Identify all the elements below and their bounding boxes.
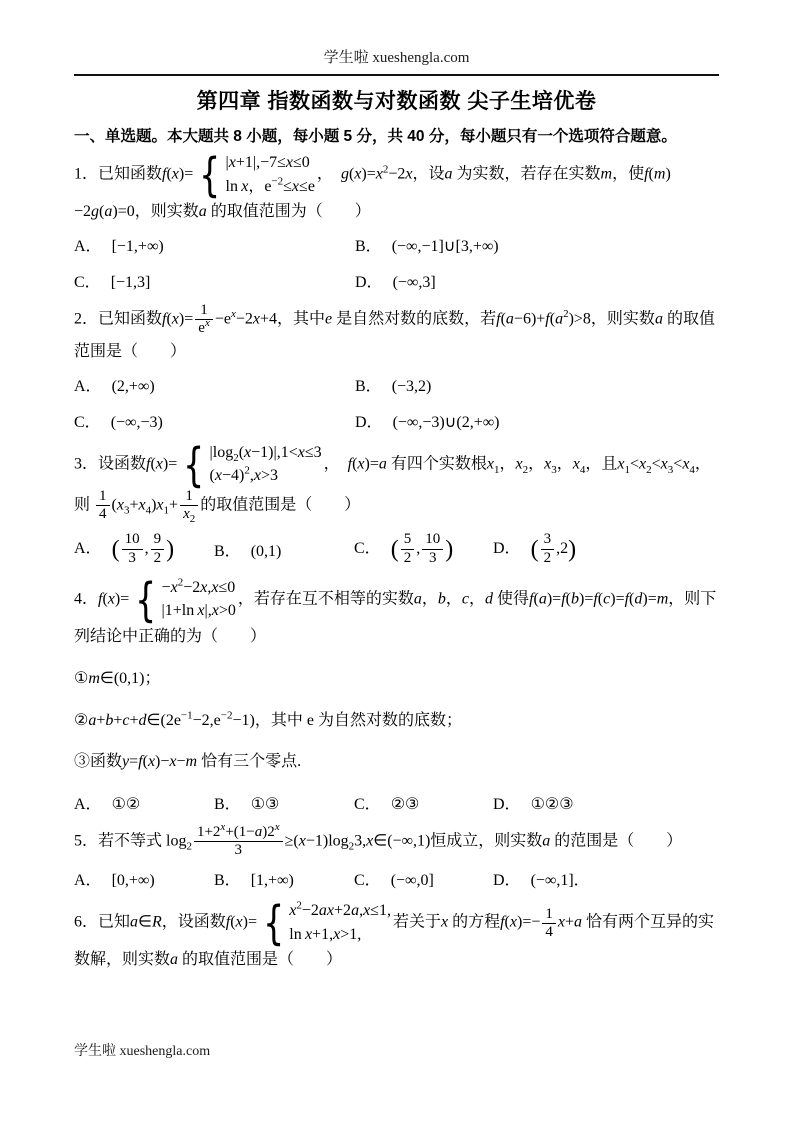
- option-label: C．: [74, 414, 101, 431]
- question-3-body: 3．设函数f(x)={|log2(x−1)|,1<x≤3(x−4)2,x>3， …: [74, 442, 719, 524]
- option-label: A．: [74, 540, 102, 557]
- option-label: B．: [214, 796, 241, 813]
- option-label: D．: [493, 796, 521, 813]
- question-4-option-d: D．①②③: [493, 791, 719, 814]
- question-2: 2．已知函数f(x)=1ex−ex−2x+4，其中e 是自然对数的底数，若f(a…: [74, 302, 719, 432]
- question-4-body: 4．f(x)={−x2−2x,x≤0|1+ln x|,x>0，若存在互不相等的实…: [74, 577, 719, 650]
- question-5-option-a: A．[0,+∞): [74, 867, 214, 890]
- question-5-option-d: D．(−∞,1]．: [493, 867, 719, 890]
- question-3-option-a: A．(103,92): [74, 531, 214, 567]
- option-value: (0,1): [251, 543, 282, 560]
- footer-site-name: 学生啦 xueshengla.com: [74, 1040, 210, 1060]
- option-value: ②③: [391, 796, 420, 813]
- question-1-option-b: B．(−∞,−1]∪[3,+∞): [355, 233, 719, 256]
- option-value: ①③: [251, 796, 280, 813]
- question-2-option-a: A．(2,+∞): [74, 373, 355, 396]
- option-value: (−∞,−3)∪(2,+∞): [393, 414, 500, 431]
- question-2-option-d: D．(−∞,−3)∪(2,+∞): [355, 409, 719, 432]
- option-value: [−1,+∞): [112, 238, 164, 255]
- option-label: A．: [74, 872, 102, 889]
- page-title: 第四章 指数函数与对数函数 尖子生培优卷: [74, 85, 719, 115]
- option-value: (−3,2): [392, 378, 432, 395]
- option-value: [1,+∞): [251, 872, 294, 889]
- option-label: B．: [214, 872, 241, 889]
- question-4-option-b: B．①③: [214, 791, 354, 814]
- question-5-option-b: B．[1,+∞): [214, 867, 354, 890]
- option-label: D．: [493, 540, 521, 557]
- question-1: 1．已知函数f(x)={|x+1|,−7≤x≤0ln x，e−2≤x≤e， g(…: [74, 152, 719, 292]
- document-page: 学生啦 xueshengla.com 第四章 指数函数与对数函数 尖子生培优卷 …: [0, 0, 793, 974]
- option-label: A．: [74, 238, 102, 255]
- option-label: B．: [355, 378, 382, 395]
- question-1-option-d: D．(−∞,3]: [355, 269, 719, 292]
- question-5-body: 5．若不等式 log21+2x+(1−a)2x3≥(x−1)log23,x∈(−…: [74, 824, 719, 860]
- option-value: (−∞,−1]∪[3,+∞): [392, 238, 499, 255]
- section-heading: 一、单选题。本大题共 8 小题，每小题 5 分，共 40 分，每小题只有一个选项…: [74, 124, 719, 146]
- option-value: [−1,3]: [111, 274, 151, 291]
- option-value: [0,+∞): [112, 872, 155, 889]
- statement-1: ①m∈(0,1)；: [74, 666, 719, 692]
- question-1-option-c: C．[−1,3]: [74, 269, 355, 292]
- header-site-name: 学生啦 xueshengla.com: [74, 46, 719, 76]
- question-4-option-a: A．①②: [74, 791, 214, 814]
- option-label: B．: [355, 238, 382, 255]
- option-value: (103,92): [112, 540, 175, 557]
- option-value: (32,2): [531, 540, 577, 557]
- question-3: 3．设函数f(x)={|log2(x−1)|,1<x≤3(x−4)2,x>3， …: [74, 442, 719, 567]
- option-label: C．: [354, 796, 381, 813]
- question-4-option-c: C．②③: [354, 791, 493, 814]
- option-value: (−∞,3]: [393, 274, 436, 291]
- option-value: ①②③: [531, 796, 574, 813]
- question-4-statements: ①m∈(0,1)； ②a+b+c+d∈(2e−1−2,e−2−1)，其中 e 为…: [74, 666, 719, 775]
- option-value: ①②: [112, 796, 141, 813]
- question-6-body: 6．已知a∈R，设函数f(x)={x2−2ax+2a,x≤1,ln x+1,x>…: [74, 900, 719, 973]
- question-2-body: 2．已知函数f(x)=1ex−ex−2x+4，其中e 是自然对数的底数，若f(a…: [74, 302, 719, 365]
- question-1-option-a: A．[−1,+∞): [74, 233, 355, 256]
- option-label: D．: [355, 274, 383, 291]
- question-3-option-c: C．(52,103): [354, 531, 493, 567]
- question-2-option-c: C．(−∞,−3): [74, 409, 355, 432]
- question-3-options: A．(103,92) B．(0,1) C．(52,103) D．(32,2): [74, 531, 719, 567]
- question-4: 4．f(x)={−x2−2x,x≤0|1+ln x|,x>0，若存在互不相等的实…: [74, 577, 719, 814]
- question-2-options: A．(2,+∞) B．(−3,2) C．(−∞,−3) D．(−∞,−3)∪(2…: [74, 373, 719, 432]
- option-value: (−∞,1]．: [531, 872, 590, 889]
- option-value: (−∞,0]: [391, 872, 434, 889]
- question-2-option-b: B．(−3,2): [355, 373, 719, 396]
- option-value: (−∞,−3): [111, 414, 163, 431]
- question-3-option-d: D．(32,2): [493, 531, 719, 567]
- option-label: C．: [74, 274, 101, 291]
- option-label: D．: [493, 872, 521, 889]
- question-5-options: A．[0,+∞) B．[1,+∞) C．(−∞,0] D．(−∞,1]．: [74, 867, 719, 890]
- option-value: (2,+∞): [112, 378, 155, 395]
- option-label: C．: [354, 540, 381, 557]
- question-1-body: 1．已知函数f(x)={|x+1|,−7≤x≤0ln x，e−2≤x≤e， g(…: [74, 152, 719, 225]
- option-value: (52,103): [391, 540, 454, 557]
- question-5: 5．若不等式 log21+2x+(1−a)2x3≥(x−1)log23,x∈(−…: [74, 824, 719, 891]
- question-4-options: A．①② B．①③ C．②③ D．①②③: [74, 791, 719, 814]
- question-6: 6．已知a∈R，设函数f(x)={x2−2ax+2a,x≤1,ln x+1,x>…: [74, 900, 719, 973]
- question-5-option-c: C．(−∞,0]: [354, 867, 493, 890]
- statement-2: ②a+b+c+d∈(2e−1−2,e−2−1)，其中 e 为自然对数的底数；: [74, 708, 719, 734]
- option-label: C．: [354, 872, 381, 889]
- statement-3: ③函数y=f(x)−x−m 恰有三个零点.: [74, 749, 719, 775]
- option-label: A．: [74, 796, 102, 813]
- option-label: B．: [214, 543, 241, 560]
- option-label: A．: [74, 378, 102, 395]
- question-1-options: A．[−1,+∞) B．(−∞,−1]∪[3,+∞) C．[−1,3] D．(−…: [74, 233, 719, 292]
- option-label: D．: [355, 414, 383, 431]
- question-3-option-b: B．(0,1): [214, 538, 354, 561]
